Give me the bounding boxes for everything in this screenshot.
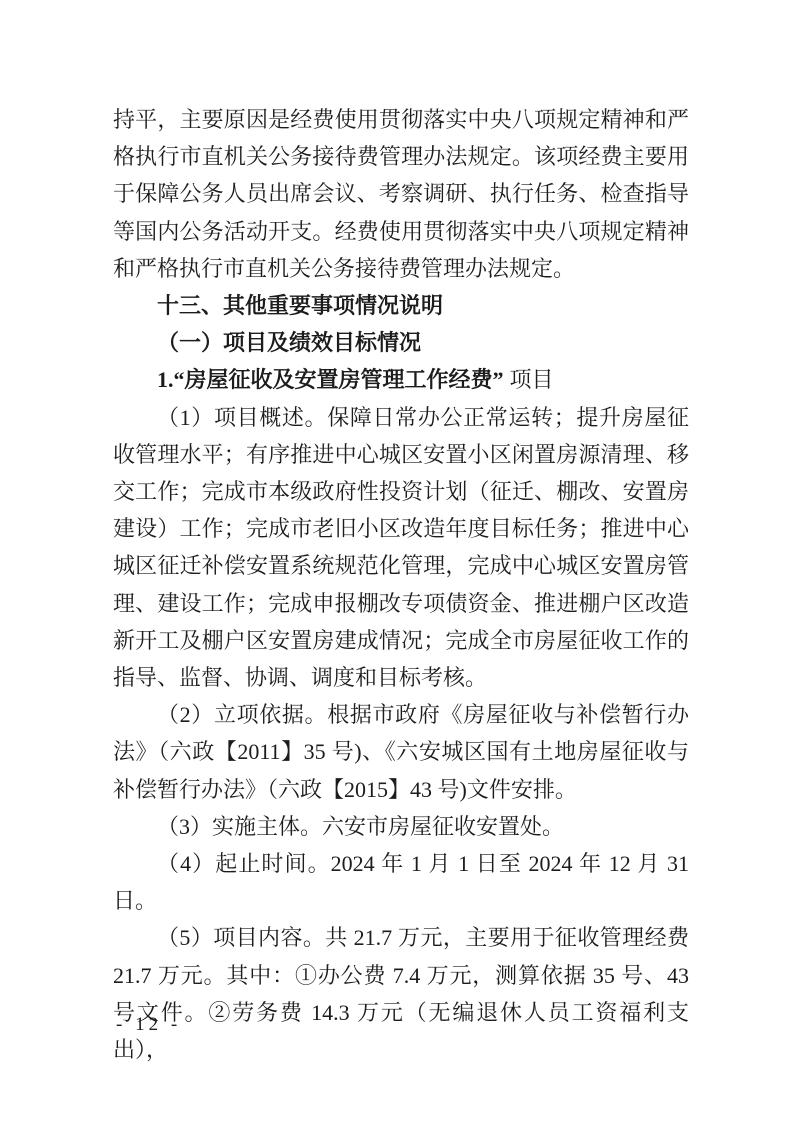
page-footer: - 12 -	[116, 1013, 181, 1037]
paragraph-project-basis: （2）立项依据。根据市政府《房屋征收与补偿暂行办法》（六政【2011】35 号)…	[113, 696, 689, 808]
paragraph-project-duration: （4）起止时间。2024 年 1 月 1 日至 2024 年 12 月 31 日…	[113, 845, 689, 919]
subsection-heading: （一）项目及绩效目标情况	[113, 324, 689, 361]
item-heading-suffix: 项目	[510, 367, 554, 392]
paragraph-project-content: （5）项目内容。共 21.7 万元，主要用于征收管理经费 21.7 万元。其中：…	[113, 919, 689, 1068]
section-heading: 十三、其他重要事项情况说明	[113, 287, 689, 324]
item-heading: 1.“房屋征收及安置房管理工作经费”项目	[113, 361, 689, 398]
paragraph-project-overview: （1）项目概述。保障日常办公正常运转；提升房屋征收管理水平；有序推进中心城区安置…	[113, 399, 689, 697]
item-heading-title: 1.“房屋征收及安置房管理工作经费”	[157, 367, 504, 392]
document-page: 持平，主要原因是经费使用贯彻落实中央八项规定精神和严格执行市直机关公务接待费管理…	[0, 0, 793, 1122]
document-body: 持平，主要原因是经费使用贯彻落实中央八项规定精神和严格执行市直机关公务接待费管理…	[113, 101, 689, 1068]
page-number: - 12 -	[116, 1014, 181, 1035]
paragraph-continuation: 持平，主要原因是经费使用贯彻落实中央八项规定精神和严格执行市直机关公务接待费管理…	[113, 101, 689, 287]
paragraph-implementing-body: （3）实施主体。六安市房屋征收安置处。	[113, 808, 689, 845]
